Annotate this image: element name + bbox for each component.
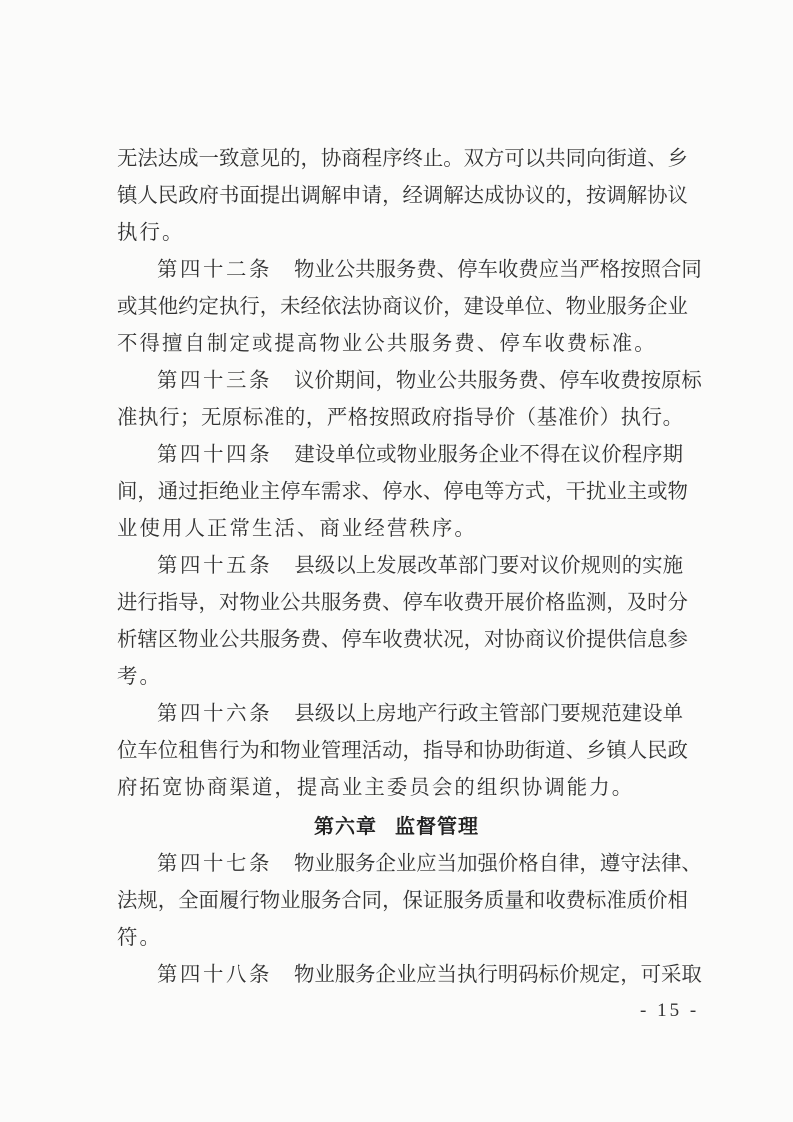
paragraph-text: 物业公共服务费、停车收费应当严格按照合同: [294, 257, 702, 281]
paragraph-line: 执行。: [117, 220, 683, 244]
page-number: - 15 -: [640, 1000, 699, 1022]
paragraph-text: 县级以上发展改革部门要对议价规则的实施: [294, 553, 683, 577]
paragraph-text: 物业服务企业应当加强价格自律，遵守法律、: [294, 851, 702, 875]
article-number: 第四十八条: [157, 962, 272, 986]
article-42-first-line: 第四十二条物业公共服务费、停车收费应当严格按照合同: [157, 257, 683, 281]
paragraph-line: 或其他约定执行，未经依法协商议价，建设单位、物业服务企业: [117, 294, 683, 318]
chapter-heading: 第六章监督管理: [0, 814, 793, 838]
paragraph-line: 析辖区物业公共服务费、停车收费状况，对协商议价提供信息参: [117, 627, 683, 651]
article-number: 第四十五条: [157, 553, 272, 577]
article-48-first-line: 第四十八条物业服务企业应当执行明码标价规定，可采取: [157, 962, 683, 986]
paragraph-text: 物业服务企业应当执行明码标价规定，可采取: [294, 962, 702, 986]
paragraph-line: 考。: [117, 664, 683, 688]
article-45-first-line: 第四十五条县级以上发展改革部门要对议价规则的实施: [157, 553, 683, 577]
paragraph-line: 间，通过拒绝业主停车需求、停水、停电等方式，干扰业主或物: [117, 479, 683, 503]
article-number: 第四十四条: [157, 442, 272, 466]
paragraph-text: 建设单位或物业服务企业不得在议价程序期: [294, 442, 683, 466]
paragraph-text: 县级以上房地产行政主管部门要规范建设单: [294, 701, 683, 725]
document-page: 无法达成一致意见的，协商程序终止。双方可以共同向街道、乡 镇人民政府书面提出调解…: [0, 0, 793, 1122]
paragraph-line: 位车位租售行为和物业管理活动，指导和协助街道、乡镇人民政: [117, 738, 683, 762]
paragraph-line: 不得擅自制定或提高物业公共服务费、停车收费标准。: [117, 331, 683, 355]
paragraph-line: 符。: [117, 925, 683, 949]
paragraph-line: 准执行；无原标准的，严格按照政府指导价（基准价）执行。: [117, 405, 683, 429]
chapter-number: 第六章: [314, 814, 377, 838]
article-43-first-line: 第四十三条议价期间，物业公共服务费、停车收费按原标: [157, 368, 683, 392]
paragraph-line: 业使用人正常生活、商业经营秩序。: [117, 516, 683, 540]
article-46-first-line: 第四十六条县级以上房地产行政主管部门要规范建设单: [157, 701, 683, 725]
paragraph-line: 法规，全面履行物业服务合同，保证服务质量和收费标准质价相: [117, 888, 683, 912]
paragraph-line: 进行指导，对物业公共服务费、停车收费开展价格监测，及时分: [117, 590, 683, 614]
paragraph-line: 府拓宽协商渠道，提高业主委员会的组织协调能力。: [117, 775, 683, 799]
paragraph-line: 无法达成一致意见的，协商程序终止。双方可以共同向街道、乡: [117, 146, 683, 170]
article-number: 第四十六条: [157, 701, 272, 725]
paragraph-line: 镇人民政府书面提出调解申请，经调解达成协议的，按调解协议: [117, 183, 683, 207]
article-number: 第四十三条: [157, 368, 272, 392]
article-47-first-line: 第四十七条物业服务企业应当加强价格自律，遵守法律、: [157, 851, 683, 875]
article-number: 第四十二条: [157, 257, 272, 281]
article-44-first-line: 第四十四条建设单位或物业服务企业不得在议价程序期: [157, 442, 683, 466]
article-number: 第四十七条: [157, 851, 272, 875]
chapter-title: 监督管理: [395, 814, 479, 838]
paragraph-text: 议价期间，物业公共服务费、停车收费按原标: [294, 368, 702, 392]
